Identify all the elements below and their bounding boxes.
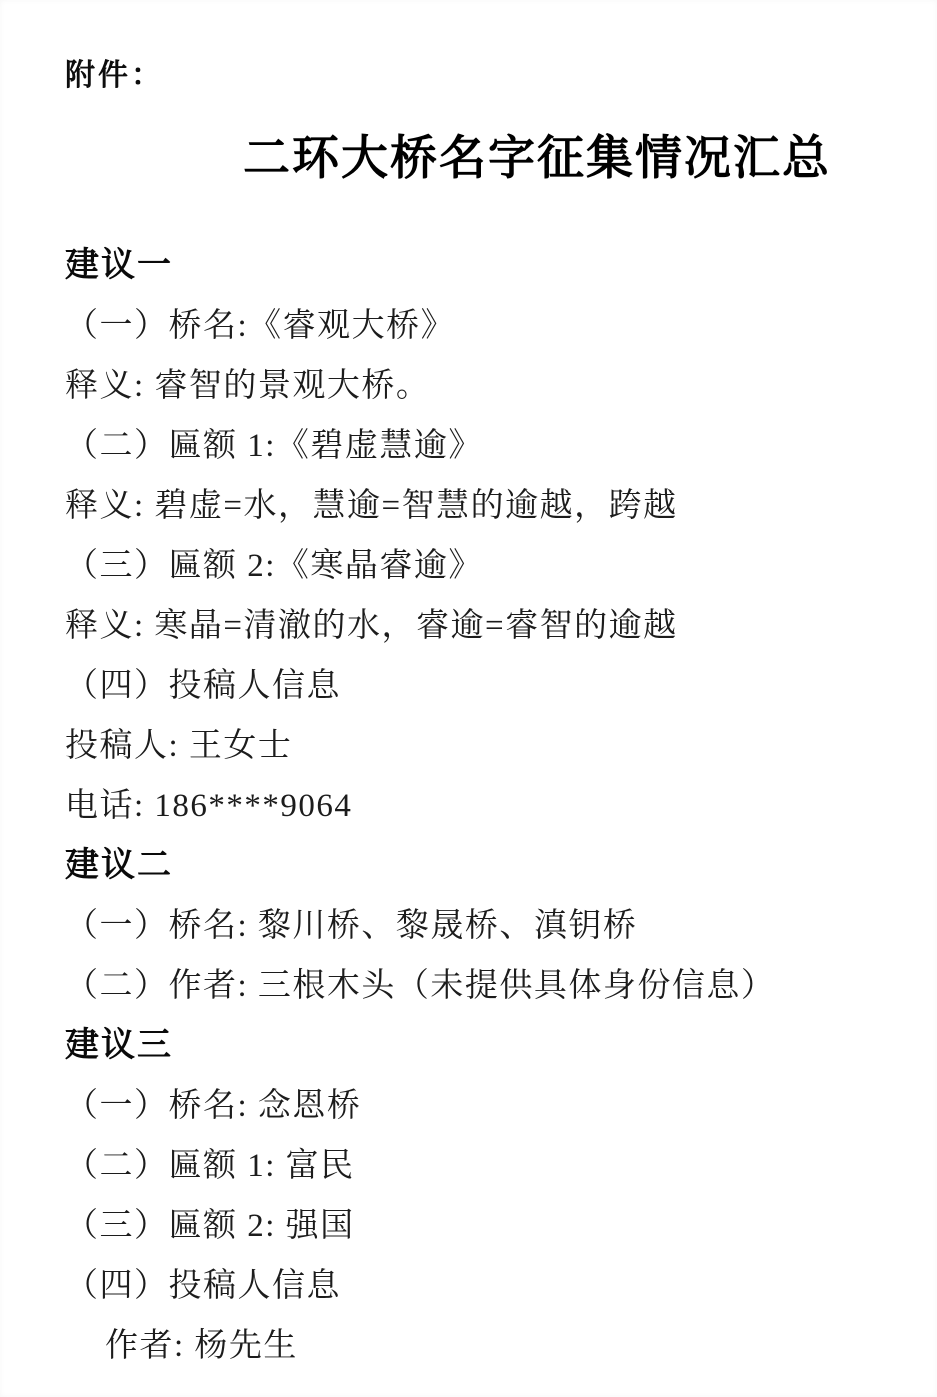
doc-line: 电话: 186****9064	[65, 776, 882, 836]
doc-line: （一）桥名: 念恩桥	[65, 1076, 882, 1136]
page-title: 二环大桥名字征集情况汇总	[243, 130, 882, 188]
document-page: 附件： 二环大桥名字征集情况汇总 建议一（一）桥名:《睿观大桥》释义: 睿智的景…	[0, 0, 937, 1397]
doc-line: （二）匾额 1:《碧虚慧逾》	[65, 416, 882, 476]
doc-line: （二）作者: 三根木头（未提供具体身份信息）	[65, 956, 882, 1016]
section-heading: 建议三	[65, 1016, 882, 1076]
section-heading: 建议二	[65, 836, 882, 896]
doc-line: （二）匾额 1: 富民	[65, 1136, 882, 1196]
doc-line: （三）匾额 2:《寒晶睿逾》	[65, 536, 882, 596]
document-body: 建议一（一）桥名:《睿观大桥》释义: 睿智的景观大桥。（二）匾额 1:《碧虚慧逾…	[65, 236, 882, 1376]
doc-line: （四）投稿人信息	[65, 1256, 882, 1316]
doc-line: （三）匾额 2: 强国	[65, 1196, 882, 1256]
doc-line: 释义: 寒晶=清澈的水，睿逾=睿智的逾越	[65, 596, 882, 656]
attachment-label: 附件：	[65, 56, 882, 96]
doc-line: 作者: 杨先生	[65, 1316, 882, 1376]
doc-line: （一）桥名:《睿观大桥》	[65, 296, 882, 356]
doc-line: 释义: 睿智的景观大桥。	[65, 356, 882, 416]
doc-line: （一）桥名: 黎川桥、黎晟桥、滇钥桥	[65, 896, 882, 956]
section-heading: 建议一	[65, 236, 882, 296]
doc-line: 释义: 碧虚=水，慧逾=智慧的逾越，跨越	[65, 476, 882, 536]
document-content: 附件： 二环大桥名字征集情况汇总 建议一（一）桥名:《睿观大桥》释义: 睿智的景…	[0, 0, 937, 1376]
doc-line: 投稿人: 王女士	[65, 716, 882, 776]
doc-line: （四）投稿人信息	[65, 656, 882, 716]
